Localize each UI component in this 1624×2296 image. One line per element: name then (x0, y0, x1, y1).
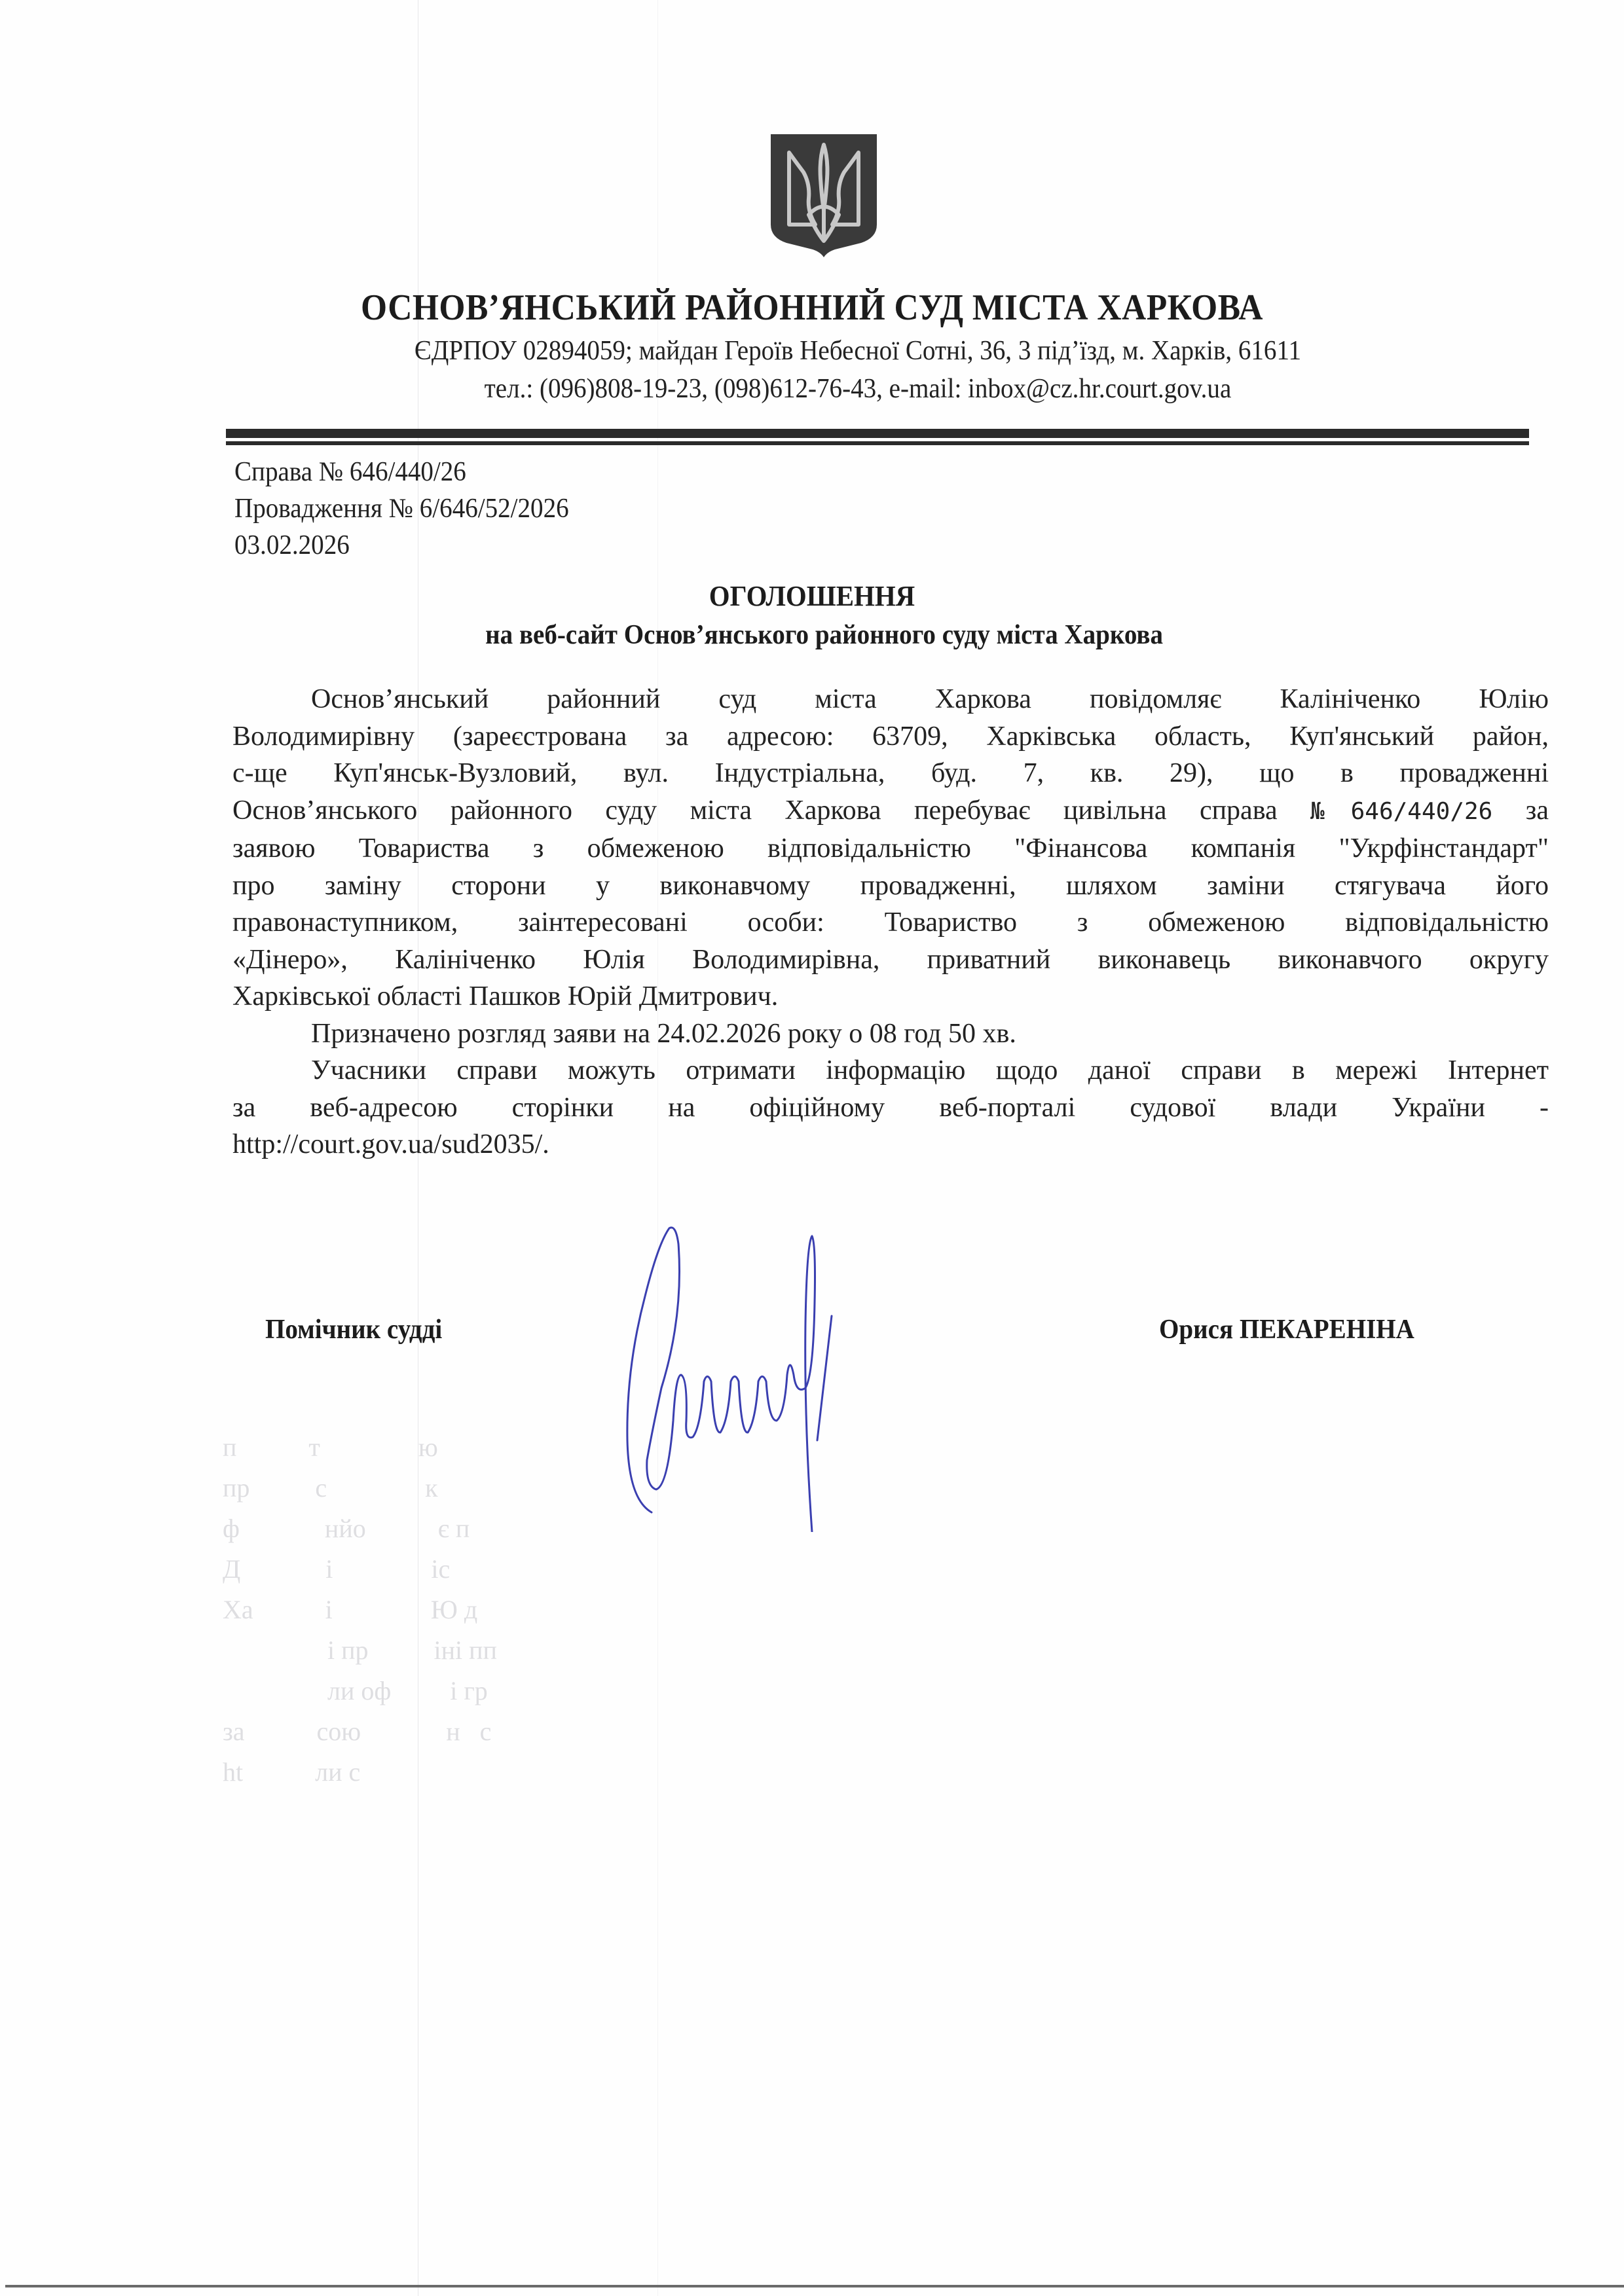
court-address: ЄДРПОУ 02894059; майдан Героїв Небесної … (145, 335, 1570, 367)
court-name: ОСНОВ’ЯНСЬКИЙ РАЙОННИЙ СУД МІСТА ХАРКОВА (65, 287, 1559, 329)
body-line: правонаступником, заінтересовані особи: … (232, 904, 1549, 941)
proceeding-number: Провадження № 6/646/52/2026 (234, 490, 569, 527)
body-line: Учасники справи можуть отримати інформац… (232, 1052, 1549, 1089)
notice-body: Основ’янський районний суд міста Харкова… (232, 681, 1549, 1163)
court-contacts: тел.: (096)808-19-23, (098)612-76-43, e-… (145, 373, 1570, 405)
document-date: 03.02.2026 (234, 527, 569, 564)
bleed-through-text: п т ю пр с к ф нйо є п Д і іс Ха і Ю д і… (223, 1427, 747, 1820)
ukraine-coat-of-arms-icon (769, 133, 878, 257)
body-line-suffix: за (1492, 795, 1549, 826)
notice-subtitle: на веб-сайт Основ’янського районного суд… (57, 619, 1567, 651)
header-rule-thin (226, 441, 1529, 445)
case-meta: Справа № 646/440/26 Провадження № 6/646/… (234, 454, 569, 564)
notice-title: ОГОЛОШЕННЯ (57, 579, 1567, 613)
body-line: заявою Товариства з обмеженою відповідал… (232, 830, 1549, 867)
body-line-text: Основ’янського районного суду міста Харк… (232, 795, 1310, 826)
body-line: Основ’янський районний суд міста Харкова… (232, 681, 1549, 718)
page-edge (5, 2285, 1624, 2287)
court-portal-link[interactable]: http://court.gov.ua/sud2035/. (232, 1126, 1549, 1163)
case-reference: №646/440/26 (1310, 798, 1492, 825)
case-number: Справа № 646/440/26 (234, 454, 569, 490)
signer-role: Помічник судді (265, 1314, 442, 1345)
hearing-date-paragraph: Призначено розгляд заяви на 24.02.2026 р… (232, 1015, 1549, 1053)
body-line: с-ще Куп'янськ-Вузловий, вул. Індустріал… (232, 755, 1549, 792)
body-line: Харківської області Пашков Юрій Дмитрови… (232, 978, 1549, 1015)
body-line: «Дінеро», Калініченко Юлія Володимирівна… (232, 941, 1549, 979)
body-line: за веб-адресою сторінки на офіційному ве… (232, 1089, 1549, 1127)
header-rule-thick (226, 429, 1529, 438)
signer-name: Орися ПЕКАРЕНІНА (1159, 1314, 1414, 1345)
body-line: про заміну сторони у виконавчому провадж… (232, 867, 1549, 905)
body-line: Володимирівну (зареєстрована за адресою:… (232, 718, 1549, 756)
body-line-with-case-ref: Основ’янського районного суду міста Харк… (232, 792, 1549, 831)
